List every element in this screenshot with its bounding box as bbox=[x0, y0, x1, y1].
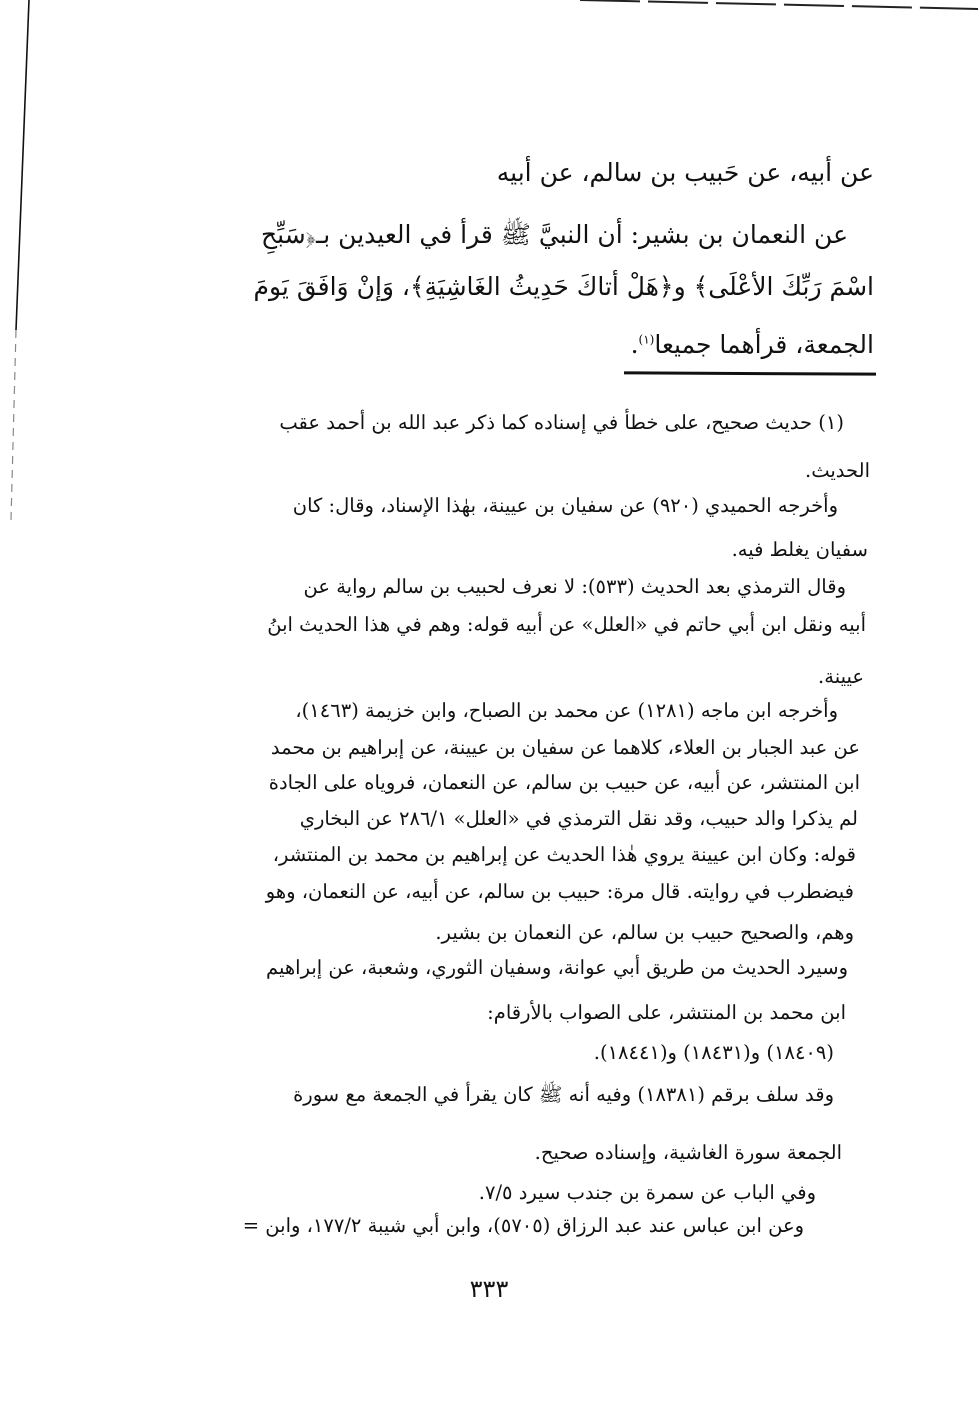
footnote-line-19: الجمعة سورة الغاشية، وإسناده صحيح. bbox=[535, 1140, 842, 1166]
footnote-line-5: وقال الترمذي بعد الحديث (٥٣٣): لا نعرف ل… bbox=[304, 574, 846, 600]
footnote-line-20: وفي الباب عن سمرة بن جندب سيرد ٧/٥. bbox=[479, 1180, 816, 1206]
footnote-line-16: ابن محمد بن المنتشر، على الصواب بالأرقام… bbox=[487, 1000, 846, 1026]
footnote-line-8: وأخرجه ابن ماجه (١٢٨١) عن محمد بن الصباح… bbox=[295, 698, 838, 724]
footnote-line-12: قوله: وكان ابن عيينة يروي هٰذا الحديث عن… bbox=[273, 842, 856, 868]
footnote-line-3: وأخرجه الحميدي (٩٢٠) عن سفيان بن عيينة، … bbox=[293, 493, 838, 519]
footnote-line-11: لم يذكرا والد حبيب، وقد نقل الترمذي في «… bbox=[300, 806, 858, 832]
footnote-line-6: أبيه ونقل ابن أبي حاتم في «العلل» عن أبي… bbox=[267, 612, 866, 638]
footnote-line-14: وهم، والصحيح حبيب بن سالم، عن النعمان بن… bbox=[435, 920, 854, 946]
footnote-line-18: وقد سلف برقم (١٨٣٨١) وفيه أنه ﷺ كان يقرأ… bbox=[293, 1082, 834, 1108]
main-text-period: . bbox=[631, 330, 639, 359]
main-text-line-3: اسْمَ رَبِّكَ الأعْلَى﴾ و﴿هَلْ أتاكَ حَد… bbox=[254, 272, 874, 302]
footnote-line-21: وعن ابن عباس عند عبد الرزاق (٥٧٠٥)، وابن… bbox=[243, 1213, 804, 1239]
footnote-line-17: (١٨٤٠٩) و(١٨٤٣١) و(١٨٤٤١). bbox=[594, 1040, 834, 1066]
main-text-line-1: عن أبيه، عن حَبيب بن سالم، عن أبيه bbox=[497, 158, 874, 188]
main-text-line-2: عن النعمان بن بشير: أن النبيَّ ﷺ قرأ في … bbox=[261, 220, 848, 250]
page-number: ٣٣٣ bbox=[0, 1275, 978, 1303]
footnote-line-9: عن عبد الجبار بن العلاء، كلاهما عن سفيان… bbox=[271, 735, 860, 761]
footnote-line-2: الحديث. bbox=[805, 458, 870, 484]
footnote-line-1: (١) حديث صحيح، على خطأ في إسناده كما ذكر… bbox=[279, 410, 844, 436]
main-text-last-line: الجمعة، قرأهما جميعا bbox=[654, 330, 874, 359]
footnote-marker[interactable]: (١) bbox=[639, 333, 655, 347]
footnote-line-4: سفيان يغلط فيه. bbox=[732, 537, 868, 563]
book-page: عن أبيه، عن حَبيب بن سالم، عن أبيه عن ال… bbox=[0, 0, 978, 1401]
footnote-separator bbox=[624, 371, 876, 375]
footnote-line-15: وسيرد الحديث من طريق أبي عوانة، وسفيان ا… bbox=[266, 955, 848, 981]
main-text-line-4: الجمعة، قرأهما جميعا(١). bbox=[631, 330, 874, 360]
footnote-line-13: فيضطرب في روايته. قال مرة: حبيب بن سالم،… bbox=[266, 879, 854, 905]
footnote-line-10: ابن المنتشر، عن أبيه، عن حبيب بن سالم، ع… bbox=[269, 770, 860, 796]
footnote-line-7: عيينة. bbox=[818, 664, 864, 690]
